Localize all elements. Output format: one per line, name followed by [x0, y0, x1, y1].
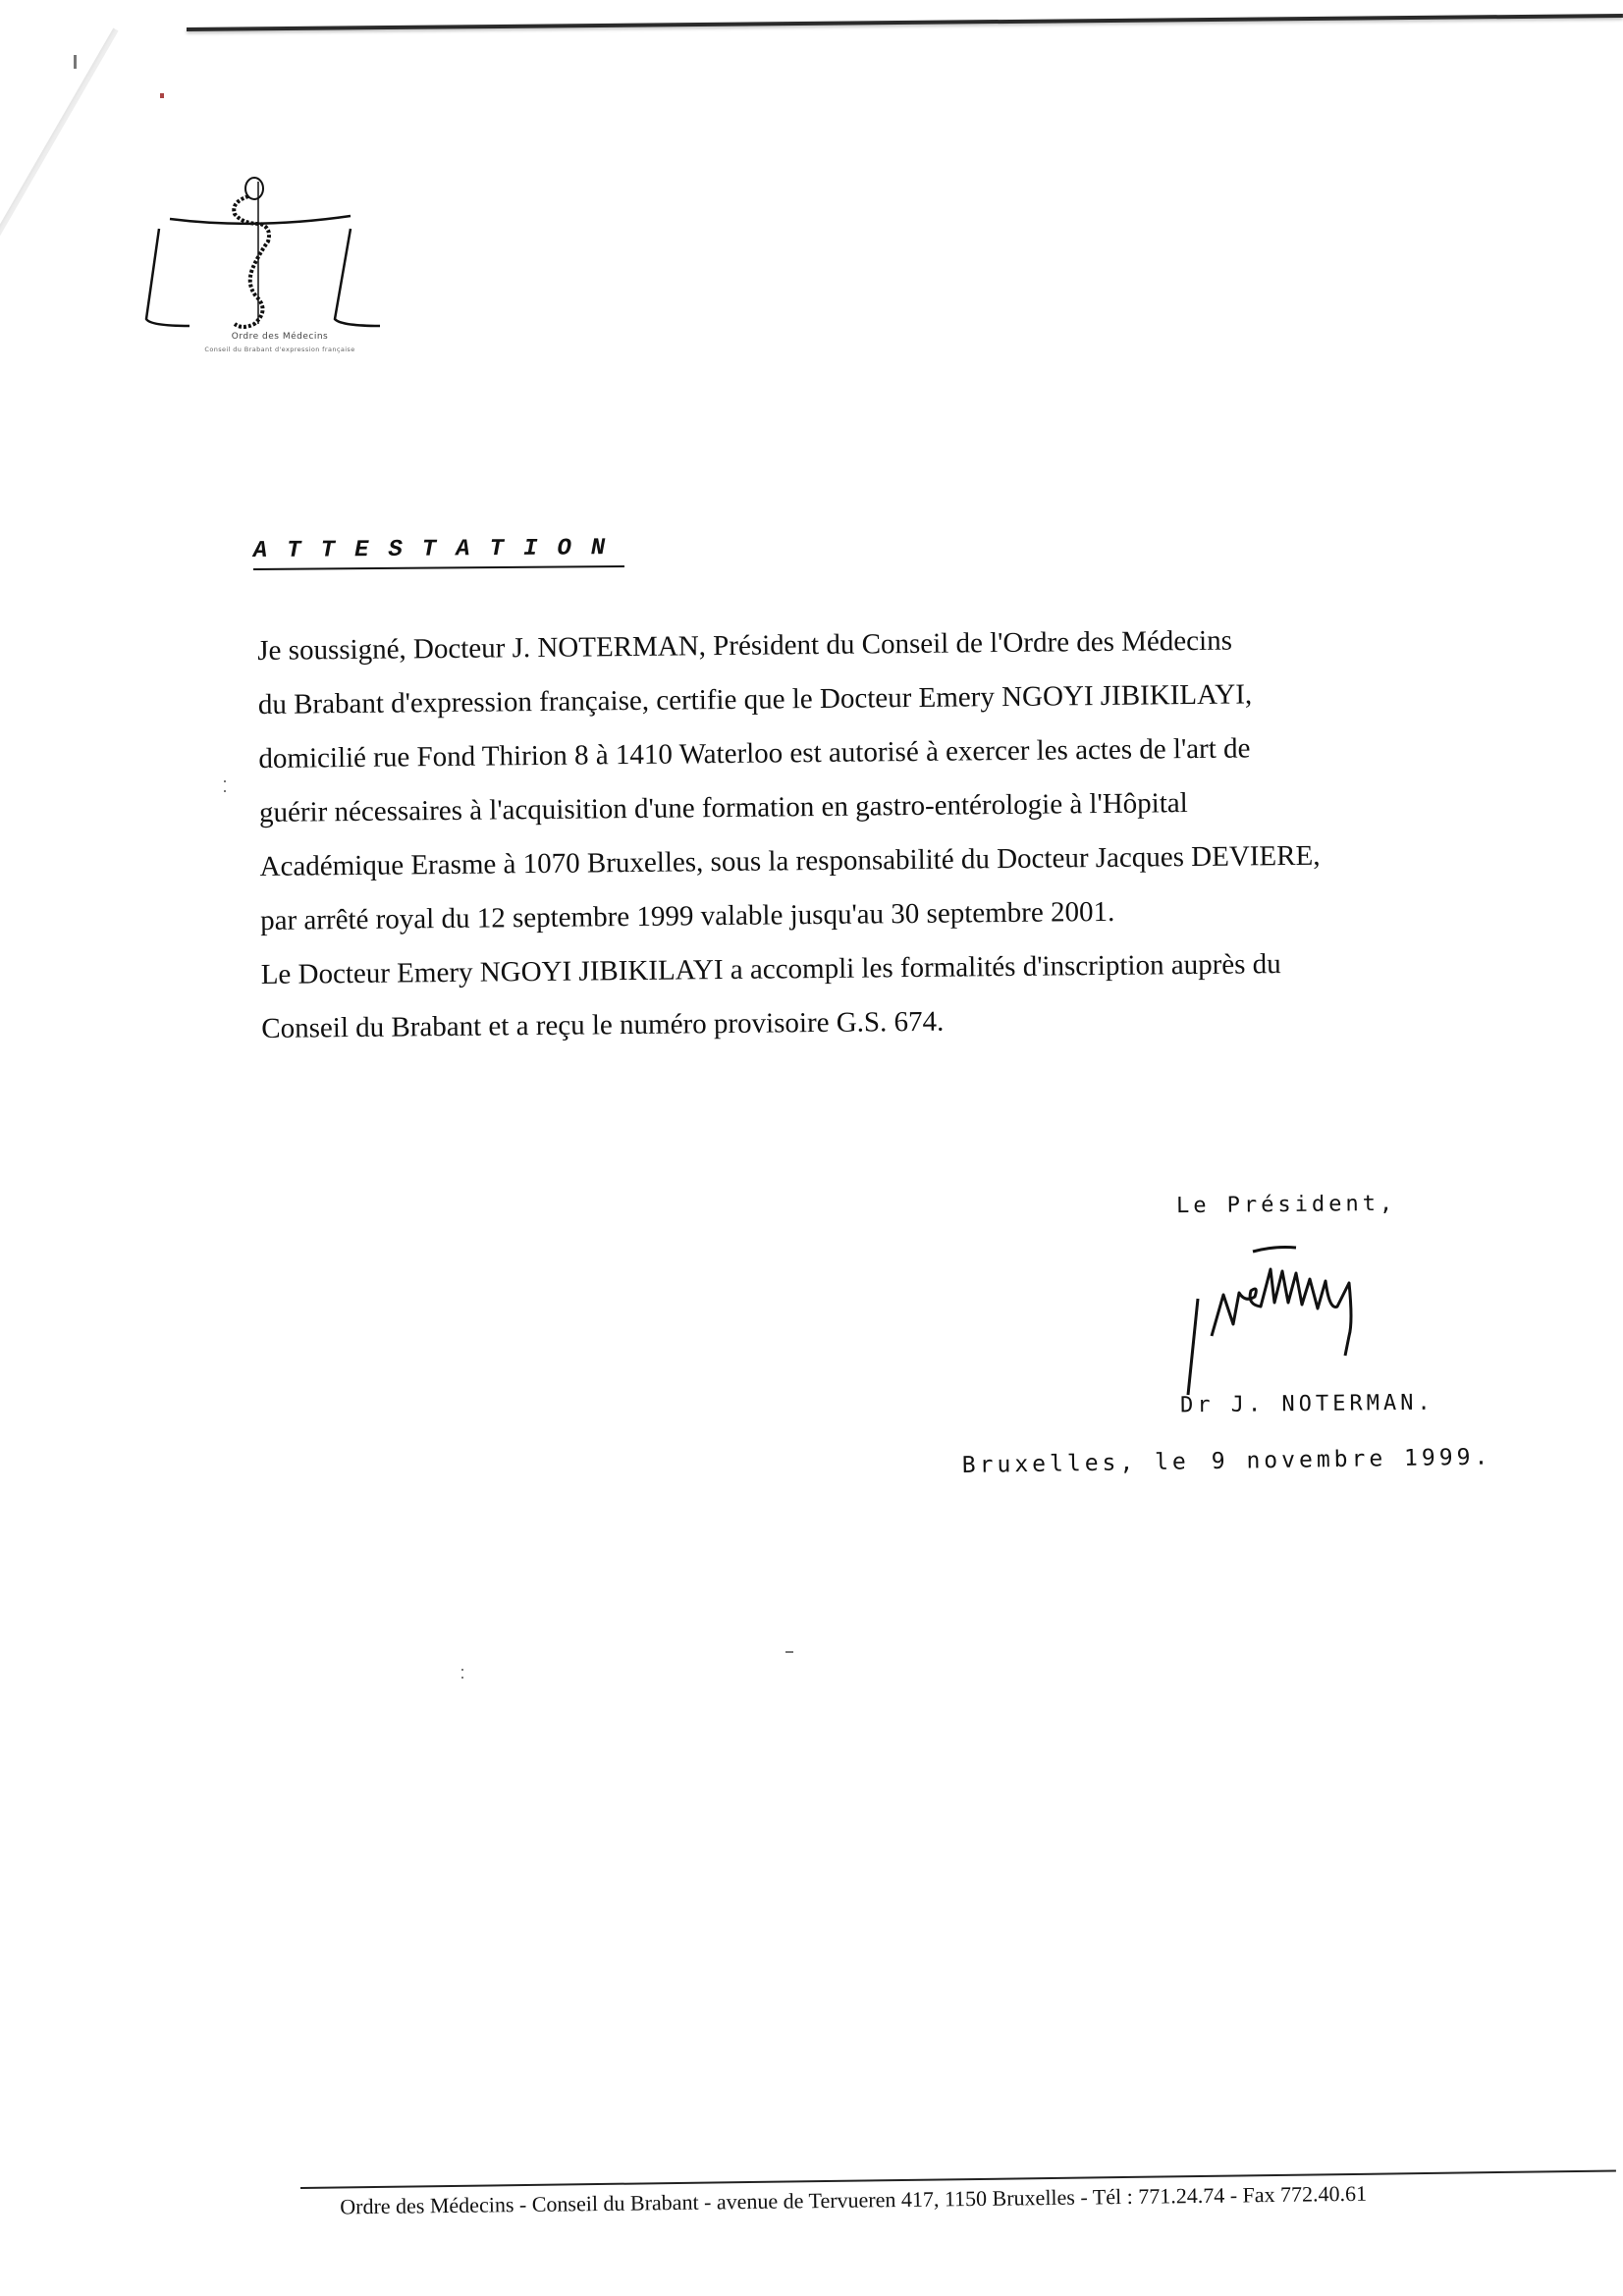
scan-edge-fold [0, 28, 119, 303]
document-title: ATTESTATION [253, 535, 625, 570]
letterhead-org-name: Ordre des Médecins [201, 332, 358, 342]
caduceus-balance-icon [133, 167, 388, 334]
scan-speck [74, 55, 77, 69]
place-date: Bruxelles, le9 novembre 1999. [962, 1445, 1492, 1478]
letterhead-org-subtitle: Conseil du Brabant d'expression français… [172, 346, 388, 353]
attestation-body: Je soussigné, Docteur J. NOTERMAN, Prési… [257, 611, 1568, 1056]
scan-speck [785, 1651, 793, 1653]
handwritten-signature-icon [1176, 1228, 1490, 1395]
scan-speck [160, 93, 164, 98]
place: Bruxelles, le [962, 1449, 1190, 1478]
scan-speck [224, 780, 226, 782]
signatory-name: Dr J. NOTERMAN. [1180, 1391, 1434, 1418]
scan-speck [461, 1669, 463, 1671]
footer: Ordre des Médecins - Conseil du Brabant … [300, 2169, 1623, 2220]
scan-speck [224, 790, 226, 792]
scan-edge-top [187, 14, 1623, 31]
signature-block: Le Président, Dr J. NOTERMAN. [1176, 1193, 1589, 1428]
scan-speck [461, 1677, 463, 1679]
letterhead-logo: Ordre des Médecins Conseil du Brabant d'… [133, 167, 388, 363]
signature-label: Le Président, [1176, 1192, 1396, 1218]
date: 9 novembre 1999. [1212, 1445, 1492, 1474]
